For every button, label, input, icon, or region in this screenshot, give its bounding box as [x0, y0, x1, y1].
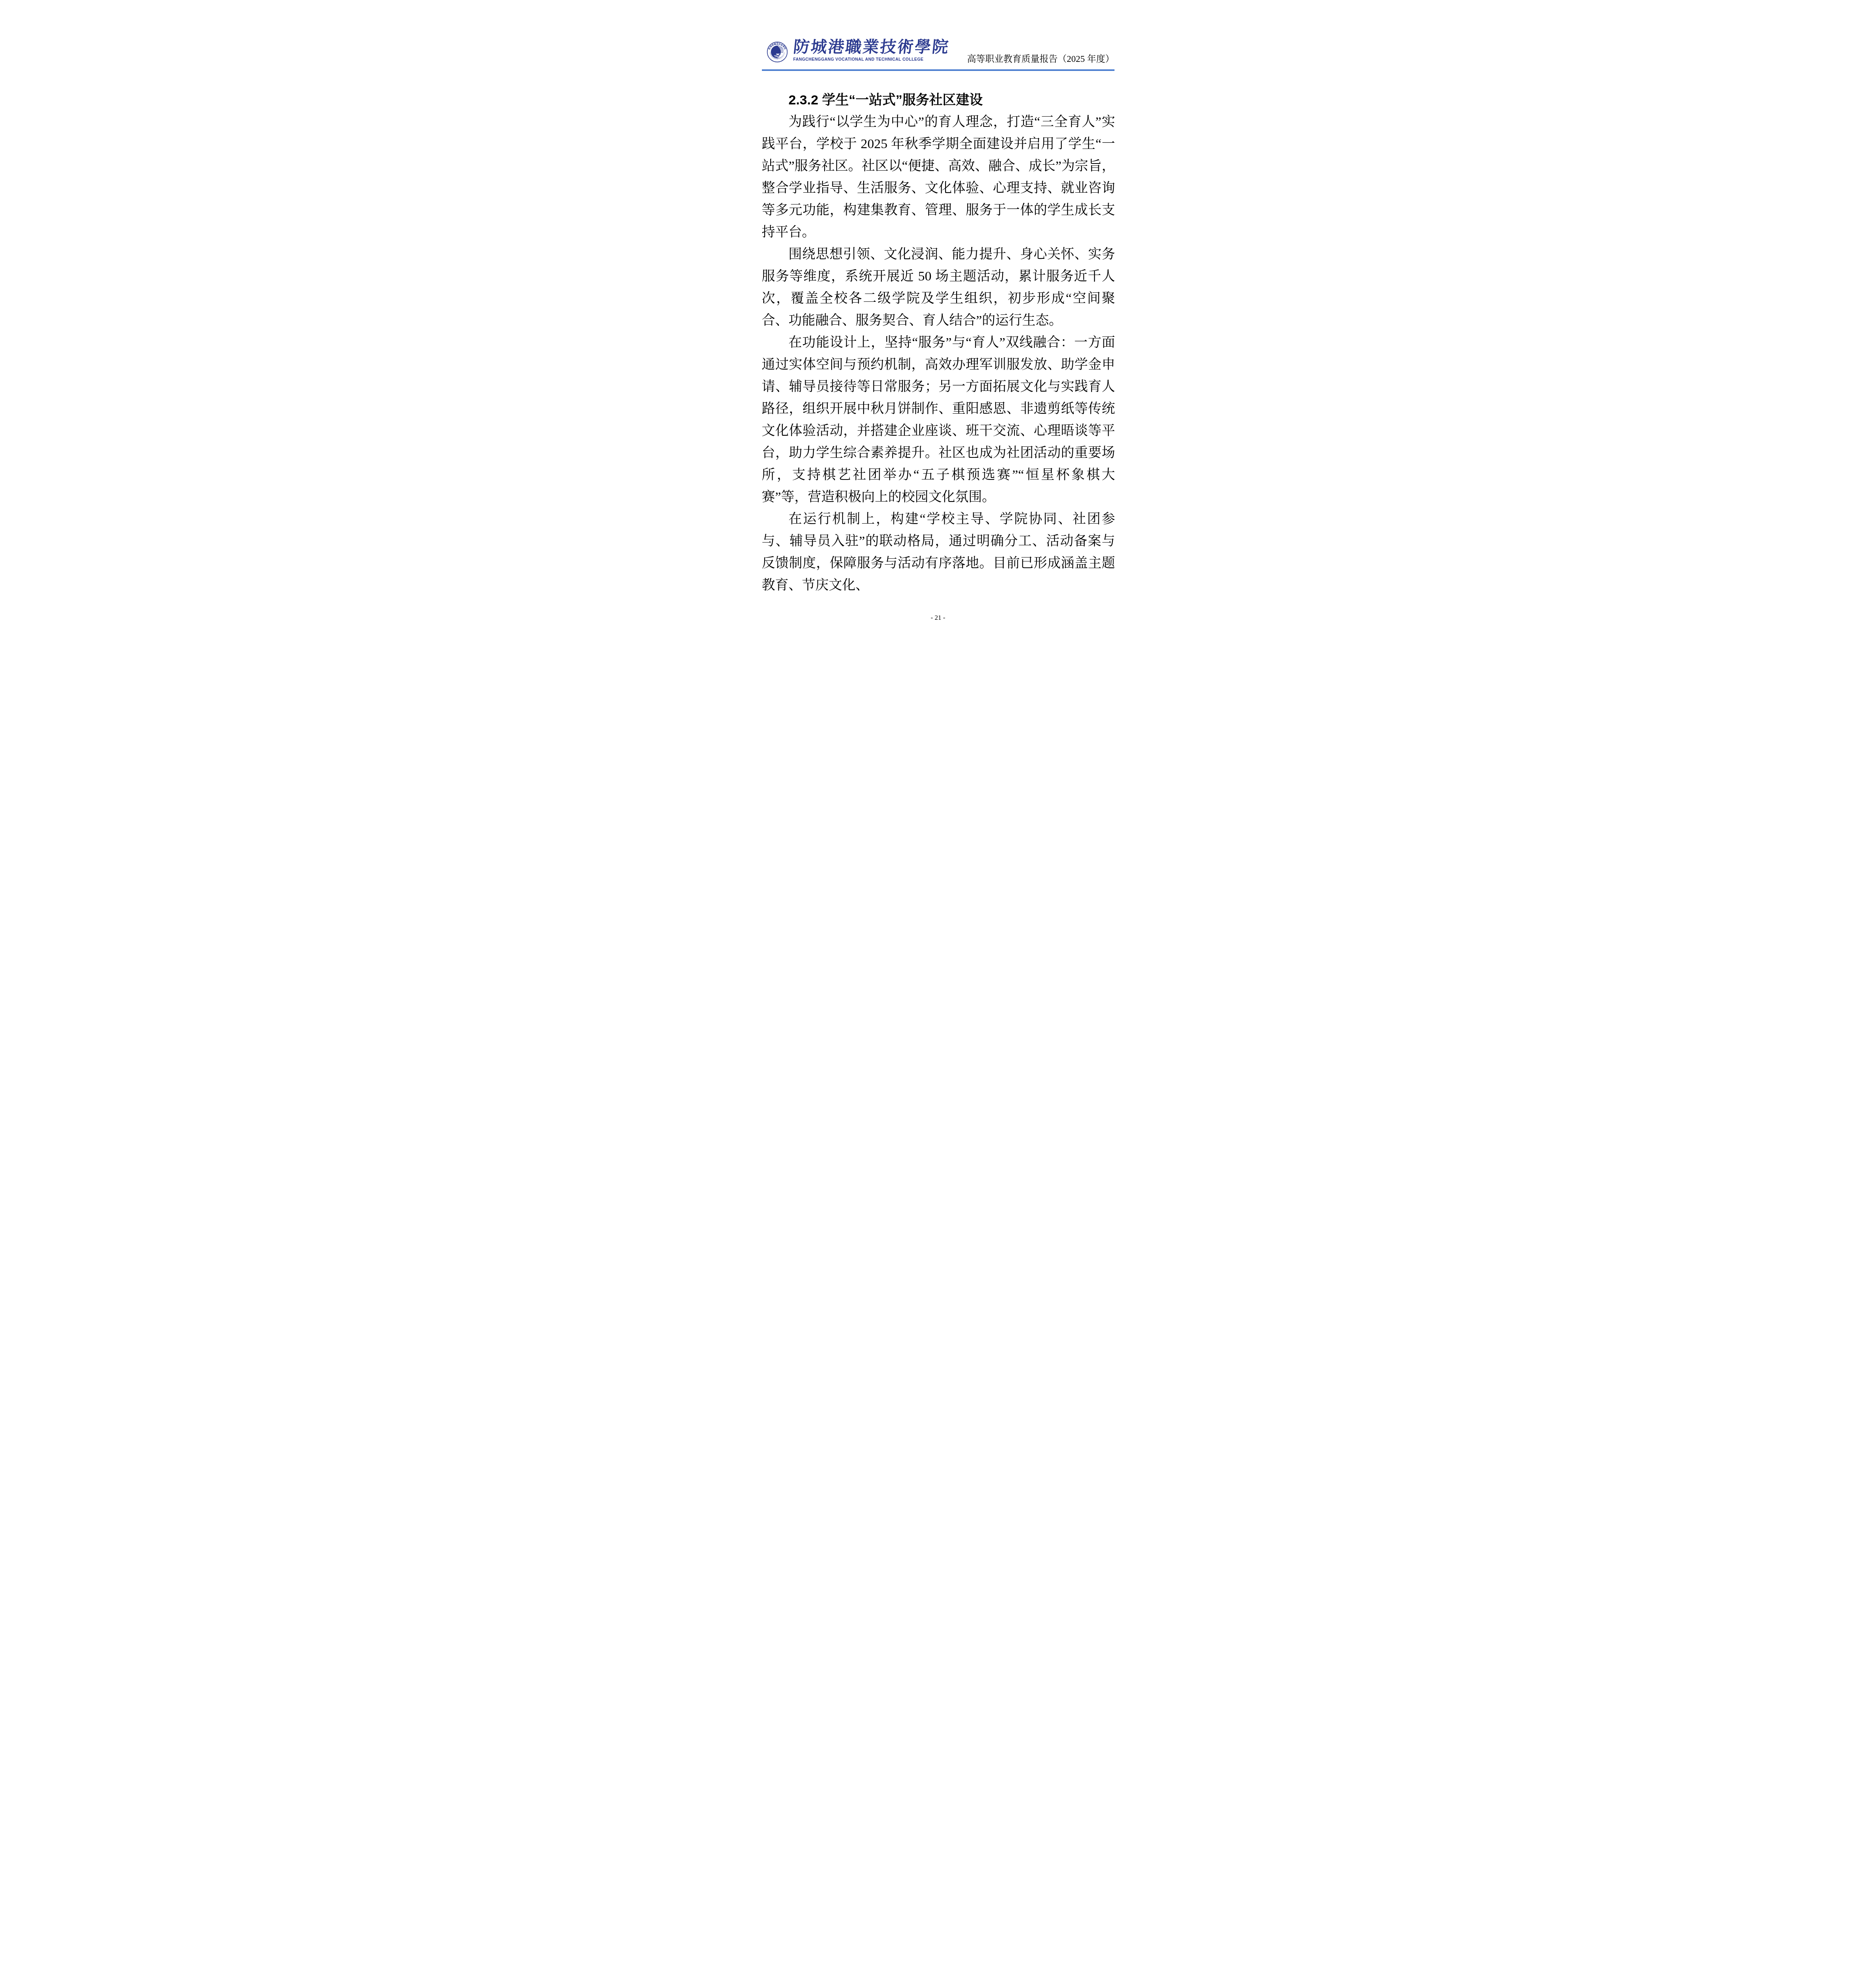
paragraph-1: 为践行“以学生为中心”的育人理念，打造“三全育人”实践平台，学校于 2025 年… — [762, 111, 1115, 243]
page-header: 防城港職業技術學院 FANGCHENGGANG VOCATIONAL AND T… — [704, 0, 1173, 72]
document-body: 2.3.2 学生“一站式”服务社区建设 为践行“以学生为中心”的育人理念，打造“… — [762, 71, 1115, 597]
page-number: - 21 - — [931, 614, 945, 621]
paragraph-2: 围绕思想引领、文化浸润、能力提升、身心关怀、实务服务等维度，系统开展近 50 场… — [762, 243, 1115, 332]
document-page: 防城港職業技術學院 FANGCHENGGANG VOCATIONAL AND T… — [704, 0, 1173, 663]
college-name-zh: 防城港職業技術學院 — [792, 38, 941, 56]
paragraph-4: 在运行机制上，构建“学校主导、学院协同、社团参与、辅导员入驻”的联动格局，通过明… — [762, 508, 1115, 597]
college-logotype: 防城港職業技術學院 FANGCHENGGANG VOCATIONAL AND T… — [793, 38, 940, 62]
paragraph-3: 在功能设计上，坚持“服务”与“育人”双线融合：一方面通过实体空间与预约机制，高效… — [762, 332, 1115, 508]
college-seal-icon: 防城港職業技術學院 FANGCHENGGANG VOCATIONAL AND T… — [767, 41, 788, 63]
section-heading: 2.3.2 学生“一站式”服务社区建设 — [762, 89, 1115, 111]
college-name-en: FANGCHENGGANG VOCATIONAL AND TECHNICAL C… — [793, 57, 940, 62]
report-title: 高等职业教育质量报告（2025 年度） — [967, 52, 1114, 65]
page-footer: - 21 - — [704, 614, 1173, 622]
